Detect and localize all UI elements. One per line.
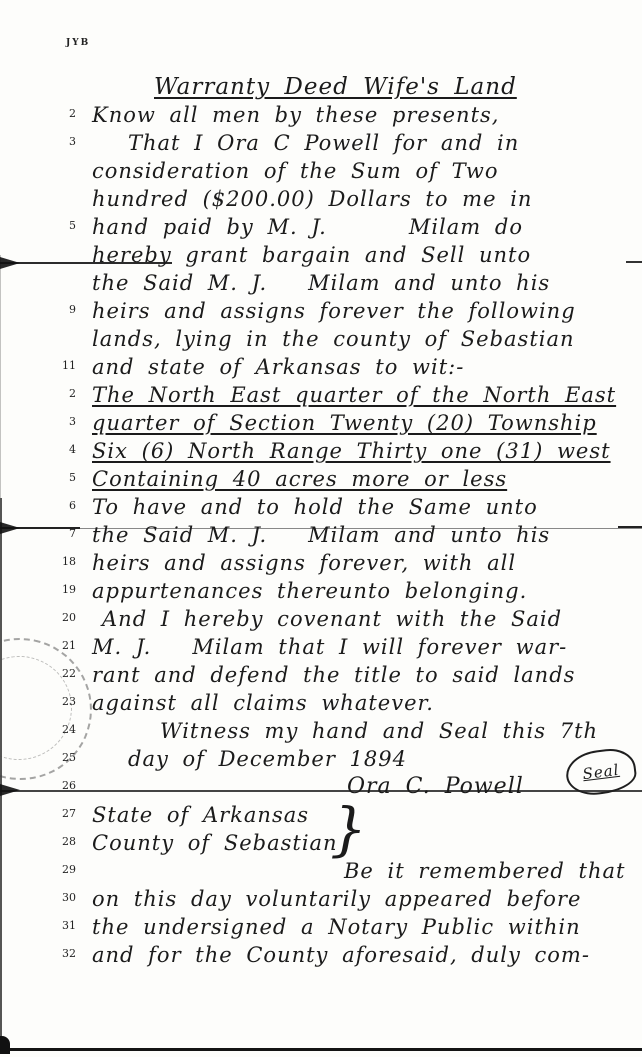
line-number: 3: [0, 130, 92, 154]
line-text: against all claims whatever.: [92, 690, 434, 716]
line-number: 25: [0, 746, 92, 770]
handwritten-text-block: Warranty Deed Wife's Land2Know all men b…: [0, 74, 642, 970]
document-line: 25day of December 1894: [0, 746, 642, 774]
document-line: 32and for the County aforesaid, duly com…: [0, 942, 642, 970]
line-number: 3: [0, 410, 92, 434]
document-line: 18heirs and assigns forever, with all: [0, 550, 642, 578]
scanned-deed-page: JYB Warranty Deed Wife's Land2Know all m…: [0, 0, 642, 1057]
line-number: 18: [0, 550, 92, 574]
line-number: 24: [0, 718, 92, 742]
line-number: 7: [0, 522, 92, 546]
state-county-brace: }: [330, 800, 367, 858]
line-number: 20: [0, 606, 92, 630]
line-text: Containing 40 acres more or less: [92, 466, 507, 492]
document-line: hereby grant bargain and Sell unto: [0, 242, 642, 270]
line-number: 27: [0, 802, 92, 826]
line-text: hundred ($200.00) Dollars to me in: [92, 186, 532, 212]
line-number: 30: [0, 886, 92, 910]
page-bottom-left-corner: [0, 1036, 10, 1054]
document-line: 9heirs and assigns forever the following: [0, 298, 642, 326]
line-text: heirs and assigns forever, with all: [92, 550, 516, 576]
document-title-line: Warranty Deed Wife's Land: [0, 74, 642, 102]
line-number: 5: [0, 466, 92, 490]
document-line: 5hand paid by M. J. Milam do: [0, 214, 642, 242]
line-text: M. J. Milam that I will forever war-: [92, 634, 567, 660]
document-line: 2The North East quarter of the North Eas…: [0, 382, 642, 410]
line-number: 28: [0, 830, 92, 854]
line-number: 26: [0, 774, 92, 798]
document-line: 19appurtenances thereunto belonging.: [0, 578, 642, 606]
line-text: and state of Arkansas to wit:-: [92, 354, 464, 380]
line-number: 32: [0, 942, 92, 966]
document-line: 23against all claims whatever.: [0, 690, 642, 718]
line-number: 23: [0, 690, 92, 714]
document-line: 30on this day voluntarily appeared befor…: [0, 886, 642, 914]
line-text: County of Sebastian: [92, 830, 338, 856]
line-text: Ora C. Powell: [92, 774, 524, 800]
line-text: quarter of Section Twenty (20) Township: [92, 410, 597, 436]
document-line: 2Know all men by these presents,: [0, 102, 642, 130]
line-text: And I hereby covenant with the Said: [92, 606, 562, 632]
document-line: 27State of Arkansas: [0, 802, 642, 830]
line-text: on this day voluntarily appeared before: [92, 886, 581, 912]
line-text: rant and defend the title to said lands: [92, 662, 575, 688]
document-line: 31the undersigned a Notary Public within: [0, 914, 642, 942]
line-text: consideration of the Sum of Two: [92, 158, 498, 184]
line-text: the Said M. J. Milam and unto his: [92, 522, 550, 548]
document-line: 21M. J. Milam that I will forever war-: [0, 634, 642, 662]
line-text: appurtenances thereunto belonging.: [92, 578, 527, 604]
document-line: 20And I hereby covenant with the Said: [0, 606, 642, 634]
line-text: day of December 1894: [92, 746, 407, 772]
document-line: 11and state of Arkansas to wit:-: [0, 354, 642, 382]
document-line: 29Be it remembered that: [0, 858, 642, 886]
document-line: 6To have and to hold the Same unto: [0, 494, 642, 522]
line-number: 2: [0, 382, 92, 406]
document-line: 3That I Ora C Powell for and in: [0, 130, 642, 158]
document-line: the Said M. J. Milam and unto his: [0, 270, 642, 298]
line-text: Warranty Deed Wife's Land: [92, 74, 517, 100]
line-number: 21: [0, 634, 92, 658]
line-number: 22: [0, 662, 92, 686]
page-bottom-edge: [0, 1048, 642, 1051]
line-text: State of Arkansas: [92, 802, 309, 828]
line-text: hereby grant bargain and Sell unto: [92, 242, 531, 268]
line-text: Witness my hand and Seal this 7th: [92, 718, 598, 744]
line-text: the undersigned a Notary Public within: [92, 914, 581, 940]
line-number: 31: [0, 914, 92, 938]
line-number: 29: [0, 858, 92, 882]
seal-label: Seal: [582, 761, 621, 783]
line-text: Six (6) North Range Thirty one (31) west: [92, 438, 611, 464]
document-line: 7the Said M. J. Milam and unto his: [0, 522, 642, 550]
line-text: heirs and assigns forever the following: [92, 298, 576, 324]
line-number: 11: [0, 354, 92, 378]
document-line: 3quarter of Section Twenty (20) Township: [0, 410, 642, 438]
document-line: 5Containing 40 acres more or less: [0, 466, 642, 494]
scan-corner-mark: JYB: [66, 38, 90, 48]
line-text: and for the County aforesaid, duly com-: [92, 942, 590, 968]
document-line: 24Witness my hand and Seal this 7th: [0, 718, 642, 746]
line-text: the Said M. J. Milam and unto his: [92, 270, 550, 296]
line-number: 2: [0, 102, 92, 126]
document-line: 4Six (6) North Range Thirty one (31) wes…: [0, 438, 642, 466]
line-text: hand paid by M. J. Milam do: [92, 214, 523, 240]
line-text: lands, lying in the county of Sebastian: [92, 326, 575, 352]
line-number: 4: [0, 438, 92, 462]
line-text: The North East quarter of the North East: [92, 382, 616, 408]
document-line: hundred ($200.00) Dollars to me in: [0, 186, 642, 214]
line-number: 5: [0, 214, 92, 238]
line-number: 6: [0, 494, 92, 518]
line-number: 9: [0, 298, 92, 322]
line-text: That I Ora C Powell for and in: [92, 130, 519, 156]
document-line: 22rant and defend the title to said land…: [0, 662, 642, 690]
line-number: 19: [0, 578, 92, 602]
signature-line: 26Ora C. Powell: [0, 774, 642, 802]
line-text: Know all men by these presents,: [92, 102, 499, 128]
document-line: consideration of the Sum of Two: [0, 158, 642, 186]
document-line: 28County of Sebastian: [0, 830, 642, 858]
document-line: lands, lying in the county of Sebastian: [0, 326, 642, 354]
line-text: To have and to hold the Same unto: [92, 494, 538, 520]
